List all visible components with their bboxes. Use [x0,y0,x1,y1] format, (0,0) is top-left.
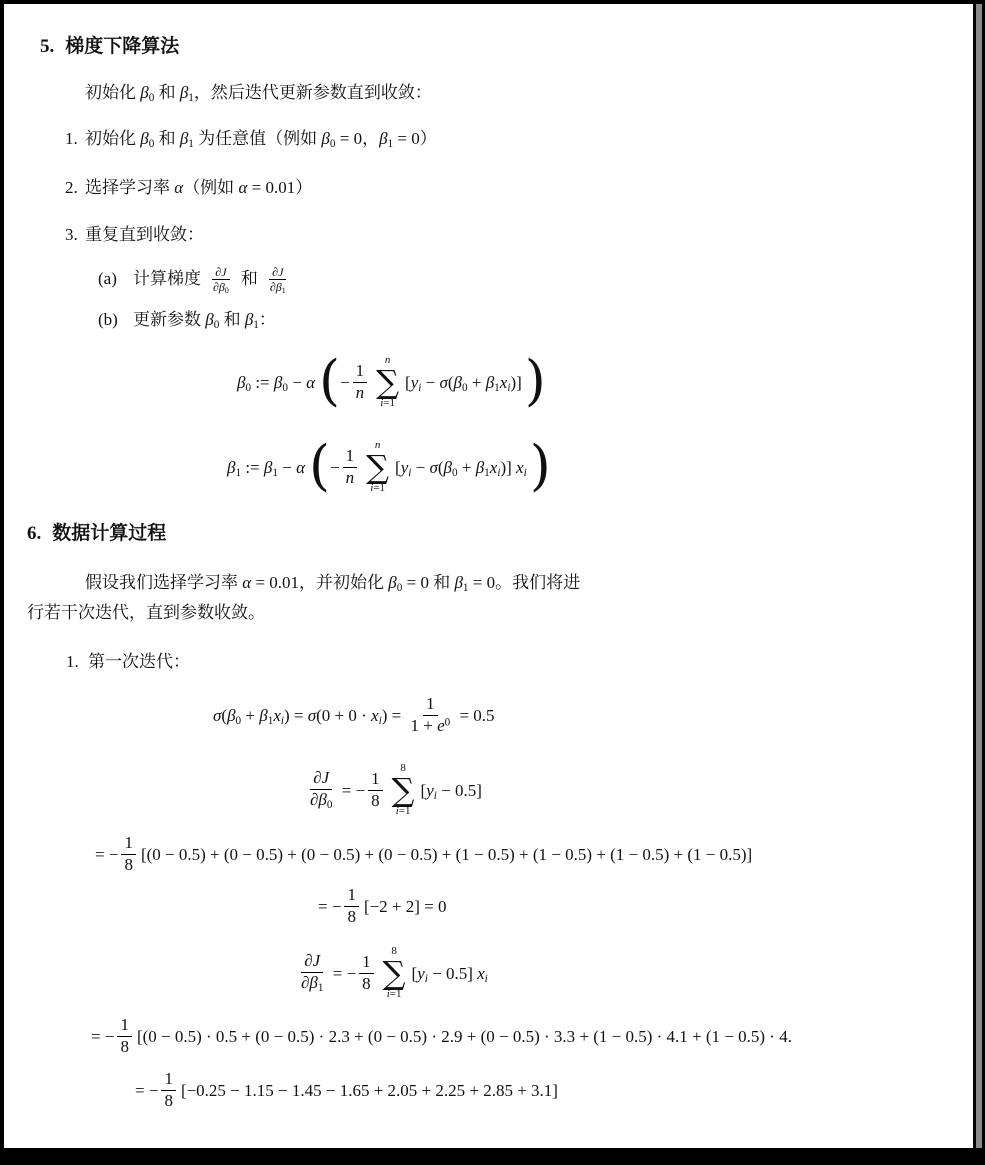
document-page: 5.梯度下降算法 初始化 β0 和 β1，然后迭代更新参数直到收敛： 1. 初始… [4,4,976,1148]
list-item-3: 重复直到收敛： [85,222,204,248]
list-label-b: (b) [98,307,118,333]
equation-gradient-beta0: ∂J∂β0 = −188∑i=1[yi − 0.5] [305,753,482,829]
paragraph-section6-line2: 行若干次迭代，直到参数收敛。 [27,600,265,626]
equation-sigma: σ(β0 + β1xi) = σ(0 + 0 · xi) = 11 + e0 =… [213,693,495,739]
section-6-number: 6. [27,523,41,544]
equation-beta0-update: β0 := β0 − α(−1nn∑i=1[yi − σ(β0 + β1xi)]… [237,345,546,421]
section-5-number: 5. [40,36,54,57]
section-6-heading: 6.数据计算过程 [27,519,166,549]
list-item-1: 初始化 β0 和 β1 为任意值（例如 β0 = 0，β1 = 0） [85,126,437,152]
list-item-iteration-1: 第一次迭代： [88,649,190,675]
screenshot-root: { "page": { "section5": { "number": "5."… [0,0,985,1165]
list-label-a: (a) [98,262,117,296]
section-6-title: 数据计算过程 [52,523,166,544]
equation-gradient-beta1: ∂J∂β1 = −188∑i=1[yi − 0.5] xi [296,936,488,1012]
list-number-2: 2. [65,175,78,201]
list-number-3: 3. [65,222,78,248]
paragraph-section6-line1: 假设我们选择学习率 α = 0.01，并初始化 β0 = 0 和 β1 = 0。… [85,570,580,596]
section-5-heading: 5.梯度下降算法 [40,32,179,62]
section-5-title: 梯度下降算法 [65,36,179,57]
list-item-2: 选择学习率 α（例如 α = 0.01） [85,175,312,201]
list-number-1: 1. [65,126,78,152]
equation-beta1-expansion: = −18[(0 − 0.5) · 0.5 + (0 − 0.5) · 2.3 … [91,1014,792,1060]
paragraph-section5-intro: 初始化 β0 和 β1，然后迭代更新参数直到收敛： [85,80,432,106]
equation-beta0-expansion: = −18[(0 − 0.5) + (0 − 0.5) + (0 − 0.5) … [95,832,752,878]
list-item-b: 更新参数 β0 和 β1： [133,307,276,333]
list-number-iteration-1: 1. [66,649,79,675]
equation-beta0-result: = −18[−2 + 2] = 0 [318,884,447,930]
scrollbar-gutter [976,4,982,1148]
list-item-a: 计算梯度∂J∂β0和∂J∂β1 [133,262,291,296]
equation-beta1-result: = −18[−0.25 − 1.15 − 1.45 − 1.65 + 2.05 … [135,1068,558,1114]
equation-beta1-update: β1 := β1 − α(−1nn∑i=1[yi − σ(β0 + β1xi)]… [227,430,551,506]
